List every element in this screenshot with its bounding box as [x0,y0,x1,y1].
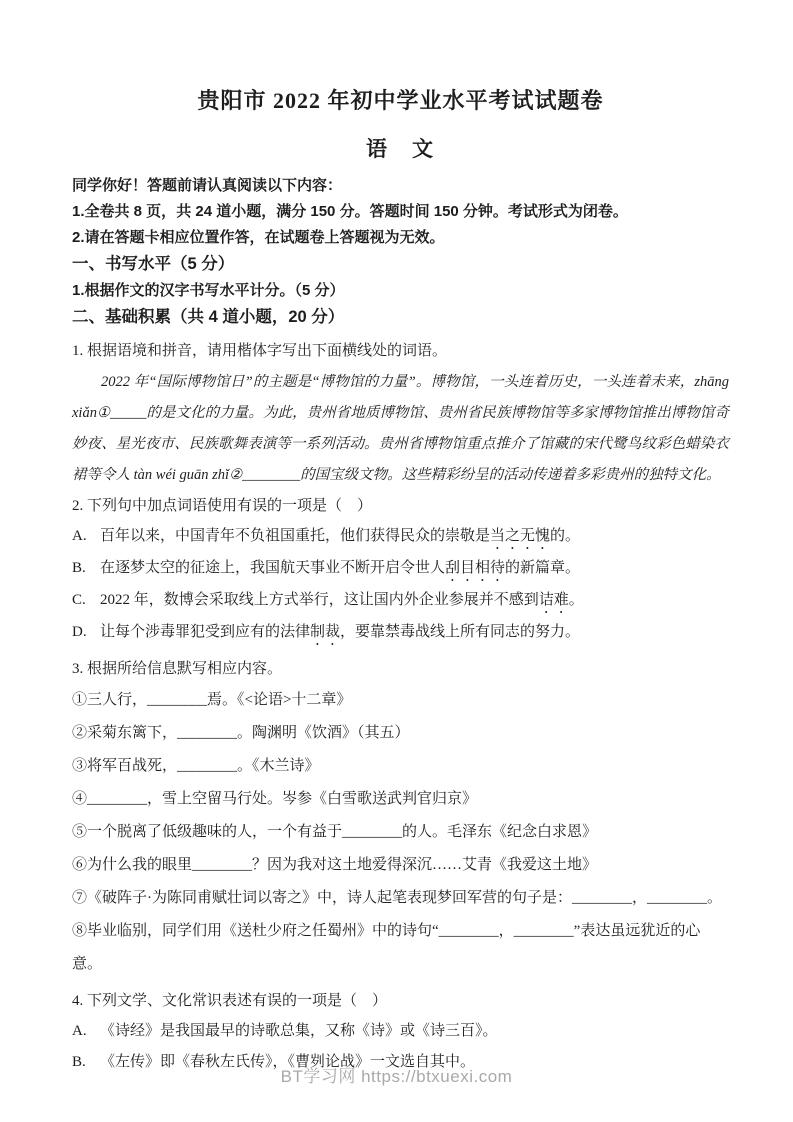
option-text-post: ，要靠禁毒战线上所有同志的努力。 [340,624,580,640]
dictation-item-5: ⑤一个脱离了低级趣味的人，一个有益于________的人。毛泽东《纪念白求恩》 [72,816,729,849]
emphasized-word: 诘难 [539,592,569,608]
question-4-prompt: 4. 下列文学、文化常识表述有误的一项是（ ） [72,986,729,1016]
section-writing-heading: 一、书写水平（5 分） [72,251,729,278]
question-2-option-c: C.2022 年，数博会采取线上方式举行，这让国内外企业参展并不感到诘难。 [72,585,729,617]
dictation-item-7: ⑦《破阵子·为陈同甫赋壮词以寄之》中，诗人起笔表现梦回军营的句子是：______… [72,882,729,915]
notice-item-2: 2.请在答题卡相应位置作答，在试题卷上答题视为无效。 [72,225,729,251]
notice-greeting: 同学你好！答题前请认真阅读以下内容： [72,173,729,199]
notice-item-1: 1.全卷共 8 页，共 24 道小题，满分 150 分。答题时间 150 分钟。… [72,199,729,225]
question-4-option-a: A.《诗经》是我国最早的诗歌总集，又称《诗》或《诗三百》。 [72,1016,729,1047]
dictation-item-6: ⑥为什么我的眼里________？因为我对这土地爱得深沉……艾青《我爱这土地》 [72,849,729,882]
emphasized-word: 当之无愧 [490,528,550,544]
option-text-post: 的。 [550,528,580,544]
option-label: D. [72,617,100,648]
option-text-pre: 2022 年，数博会采取线上方式举行，这让国内外企业参展并不感到 [100,592,539,608]
exam-page: 贵阳市 2022 年初中学业水平考试试题卷 语 文 同学你好！答题前请认真阅读以… [0,0,793,1122]
question-1-passage: 2022 年“国际博物馆日”的主题是“博物馆的力量”。博物馆，一头连着历史，一头… [72,367,729,491]
writing-question-1: 1.根据作文的汉字书写水平计分。（5 分） [72,278,729,304]
footer-watermark: BT学习网 https://btxuexi.com [0,1062,793,1087]
dictation-item-4: ④________，雪上空留马行处。岑参《白雪歌送武判官归京》 [72,783,729,816]
option-label: B. [72,553,100,584]
option-text-pre: 百年以来，中国青年不负祖国重托，他们获得民众的崇敬是 [100,528,490,544]
question-2-option-d: D.让每个涉毒罪犯受到应有的法律制裁，要靠禁毒战线上所有同志的努力。 [72,617,729,649]
option-text-pre: 让每个涉毒罪犯受到应有的法律 [100,624,310,640]
dictation-item-1: ①三人行，________焉。《<论语>十二章》 [72,684,729,717]
subject-title: 语 文 [72,133,729,163]
option-text-post: 的新篇章。 [505,560,580,576]
page-title: 贵阳市 2022 年初中学业水平考试试题卷 [72,84,729,115]
section-foundation-heading: 二、基础积累（共 4 道小题，20 分） [72,304,729,331]
dictation-item-3: ③将军百战死，________。《木兰诗》 [72,750,729,783]
dictation-item-2: ②采菊东篱下，________。陶渊明《饮酒》（其五） [72,717,729,750]
question-1-prompt: 1. 根据语境和拼音，请用楷体字写出下面横线处的词语。 [72,336,729,366]
question-2-option-a: A.百年以来，中国青年不负祖国重托，他们获得民众的崇敬是当之无愧的。 [72,521,729,553]
option-text-pre: 在逐梦太空的征途上，我国航天事业不断开启令世人 [100,560,445,576]
option-label: C. [72,585,100,616]
option-label: A. [72,521,100,552]
emphasized-word: 制裁 [310,624,340,640]
option-label: A. [72,1016,100,1047]
emphasized-word: 刮目相待 [445,560,505,576]
option-text-post: 。 [569,592,584,608]
option-text: 《诗经》是我国最早的诗歌总集，又称《诗》或《诗三百》。 [100,1023,498,1039]
exam-notice: 同学你好！答题前请认真阅读以下内容： 1.全卷共 8 页，共 24 道小题，满分… [72,173,729,251]
dictation-item-8: ⑧毕业临别，同学们用《送杜少府之任蜀州》中的诗句“________，______… [72,915,729,981]
question-2-prompt: 2. 下列句中加点词语使用有误的一项是（ ） [72,491,729,521]
question-2-option-b: B.在逐梦太空的征途上，我国航天事业不断开启令世人刮目相待的新篇章。 [72,553,729,585]
question-3-prompt: 3. 根据所给信息默写相应内容。 [72,654,729,684]
